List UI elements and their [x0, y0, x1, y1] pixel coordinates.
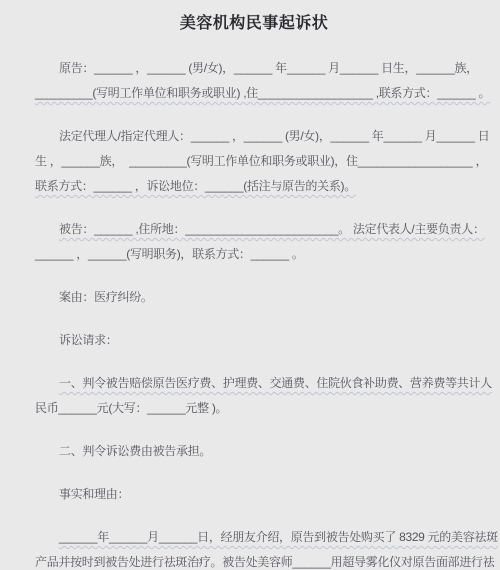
doc-line: 一、判令被告赔偿原告医疗费、护理费、交通费、住院伙食补助费、营养费等共计人 [35, 371, 473, 396]
doc-line: 法定代理人/指定代理人：______ ，______ (男/女)，______ … [35, 124, 473, 149]
paragraph-defendant: 被告：______ ,住所地：________________________。… [35, 217, 473, 267]
paragraph-plaintiff: 原告：______ ，______ (男/女)，______ 年______ 月… [35, 56, 473, 106]
doc-line: 二、判令诉讼费由被告承担。 [35, 439, 473, 464]
paragraph-legal-agent: 法定代理人/指定代理人：______ ，______ (男/女)，______ … [35, 124, 473, 199]
doc-line: 产品并按时到被告处进行祛斑治疗。被告处美容师______用超导雾化仪对原告面部进… [35, 550, 473, 570]
doc-line: 民币______元(大写：______元整 )。 [35, 396, 473, 421]
document-title: 美容机构民事起诉状 [35, 14, 473, 34]
paragraph-claim-1: 一、判令被告赔偿原告医疗费、护理费、交通费、住院伙食补助费、营养费等共计人 民币… [35, 371, 473, 421]
doc-line: 诉讼请求： [35, 328, 473, 353]
doc-line: 生 ，______族， _________(写明工作单位和职务或职业)，住___… [35, 149, 473, 174]
doc-line: 案由：医疗纠纷。 [35, 285, 473, 310]
doc-line: 被告：______ ,住所地：________________________。… [35, 217, 473, 242]
paragraph-facts-body: ______年______月______日，经朋友介绍，原告到被告处购买了 83… [35, 525, 473, 570]
doc-line: 联系方式：______ ，诉讼地位：______(括注与原告的关系)。 [35, 174, 473, 199]
legal-document: 美容机构民事起诉状 原告：______ ，______ (男/女)，______… [0, 0, 500, 570]
paragraph-facts-heading: 事实和理由： [35, 482, 473, 507]
doc-line: 原告：______ ，______ (男/女)，______ 年______ 月… [35, 56, 473, 81]
paragraph-claims-heading: 诉讼请求： [35, 328, 473, 353]
doc-line: ______ ，______(写明职务)，联系方式：______ 。 [35, 242, 473, 267]
paragraph-cause-of-action: 案由：医疗纠纷。 [35, 285, 473, 310]
paragraph-claim-2: 二、判令诉讼费由被告承担。 [35, 439, 473, 464]
doc-line: ______年______月______日，经朋友介绍，原告到被告处购买了 83… [35, 525, 473, 550]
doc-line: 事实和理由： [35, 482, 473, 507]
doc-line: _________(写明工作单位和职务或职业) ,住______________… [35, 81, 473, 106]
